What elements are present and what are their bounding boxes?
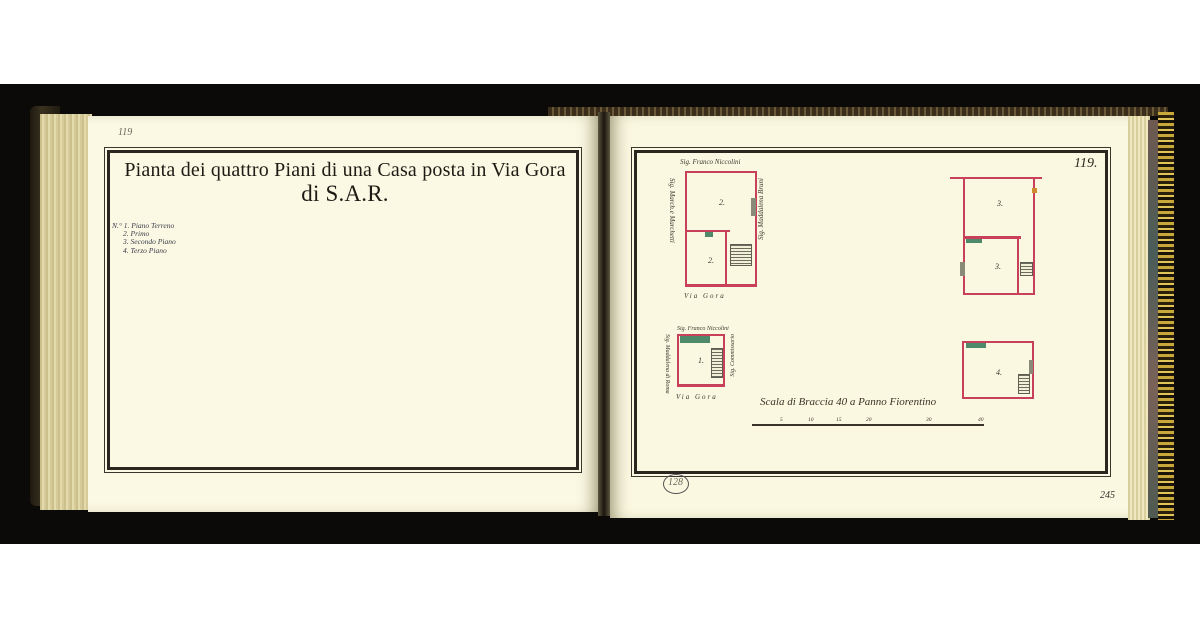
neighbor-label-right: Sig. Commissario [730,334,736,377]
page-title: Pianta dei quattro Piani di una Casa pos… [115,158,575,206]
book-gutter [598,112,610,516]
room-number: 3. [995,262,1001,271]
neighbor-label-left: Sig. March.e Marchetti [668,178,676,243]
corner-number: 245 [1100,490,1115,501]
right-page-number: 119. [1074,156,1097,172]
neighbor-label-right: Sig. Maddalena Bruni [757,178,765,240]
scale-tick: 5 [780,417,783,423]
scale-tick: 10 [808,417,814,423]
scale-tick: 30 [926,417,932,423]
scale-tick: 20 [866,417,872,423]
gilded-cover-border [1158,112,1174,520]
neighbor-label-top: Sig. Franco Niccolini [677,326,729,332]
neighbor-label-left: Sig. Maddalena di Roma [664,334,670,394]
neighbor-label-top: Sig. Franco Niccolini [680,158,740,166]
page-edges-left [40,114,92,510]
title-line-2: di S.A.R. [115,182,575,206]
scale-bar [752,424,984,426]
left-page-number: 119 [118,127,132,138]
street-label: Via Gora [676,393,718,401]
page-edges-right [1128,116,1150,520]
scale-tick: 15 [836,417,842,423]
room-number: 4. [996,368,1002,377]
room-number: 3. [997,199,1003,208]
room-number: 2. [719,198,725,207]
street-label: Via Gora [684,292,726,300]
folio-number: 128 [668,477,683,488]
scale-tick: 40 [978,417,984,423]
title-line-1: Pianta dei quattro Piani di una Casa pos… [115,158,575,182]
scale-label: Scala di Braccia 40 a Panno Fiorentino [760,396,936,408]
room-number: 2. [708,256,714,265]
room-number: 1. [698,356,704,365]
floor-legend: N.° 1. Piano Terreno 2. Primo 3. Secondo… [112,222,176,255]
legend-item: 4. Terzo Piano [112,247,176,255]
book-headband [548,107,1168,116]
